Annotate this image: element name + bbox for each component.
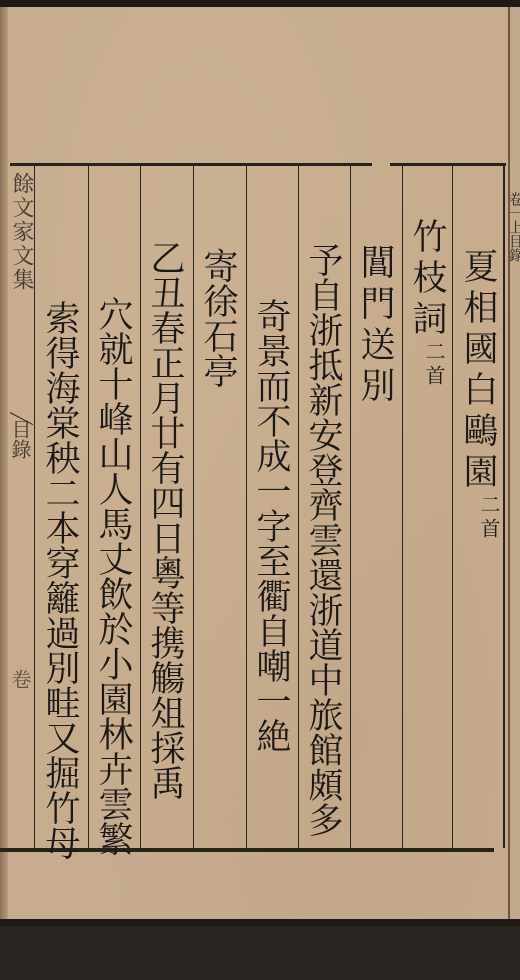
next-page-edge: 卷一上目錄 bbox=[508, 7, 520, 919]
entry-title: 閶門送別 bbox=[350, 244, 400, 408]
entry-title: 乙丑春正月廿有四日粵等携觴俎採禹 bbox=[140, 240, 190, 800]
section-label: 目錄 bbox=[6, 419, 35, 459]
entry-title: 寄徐石亭 bbox=[193, 248, 243, 388]
entry-title: 竹枝詞 bbox=[402, 218, 452, 341]
entry-note: 二首 bbox=[478, 494, 500, 542]
entry-title: 索得海棠秧二本穿籬過別畦又掘竹母 bbox=[35, 300, 85, 860]
entry-title: 予自浙抵新安登齊雲還浙道中旅館頗多 bbox=[298, 242, 348, 837]
entry-title: 穴就十峰山人馬丈飲於小園林卉雲繁 bbox=[88, 296, 138, 856]
next-page-fragment: 卷一上目錄 bbox=[512, 192, 520, 262]
entry-title: 奇景而不成一字至衢自嘲一絶 bbox=[246, 298, 296, 753]
toc-entry: 寄徐石亭 bbox=[193, 166, 243, 926]
toc-entry: 夏相國白鷗園 二首 bbox=[453, 166, 503, 926]
toc-entry: 竹枝詞 二首 bbox=[402, 166, 452, 898]
page-marker: 卷 bbox=[6, 669, 35, 689]
toc-entry: 索得海棠秧二本穿籬過別畦又掘竹母 bbox=[35, 166, 85, 926]
toc-entry: 閶門送別 bbox=[350, 166, 400, 924]
book-title: 餘文家文集 bbox=[6, 172, 37, 292]
entry-title: 夏相國白鷗園 bbox=[453, 248, 503, 494]
toc-entry: 奇景而不成一字至衢自嘲一絶 bbox=[246, 166, 296, 926]
toc-entry: 予自浙抵新安登齊雲還浙道中旅館頗多 bbox=[298, 166, 348, 922]
entry-note: 二首 bbox=[423, 341, 445, 389]
toc-entry: 穴就十峰山人馬丈飲於小園林卉雲繁 bbox=[88, 166, 138, 926]
frame-border-right bbox=[503, 165, 505, 848]
toc-entry: 乙丑春正月廿有四日粵等携觴俎採禹 bbox=[140, 166, 190, 920]
page-margin: 餘文家文集 目錄 卷 bbox=[6, 164, 34, 848]
